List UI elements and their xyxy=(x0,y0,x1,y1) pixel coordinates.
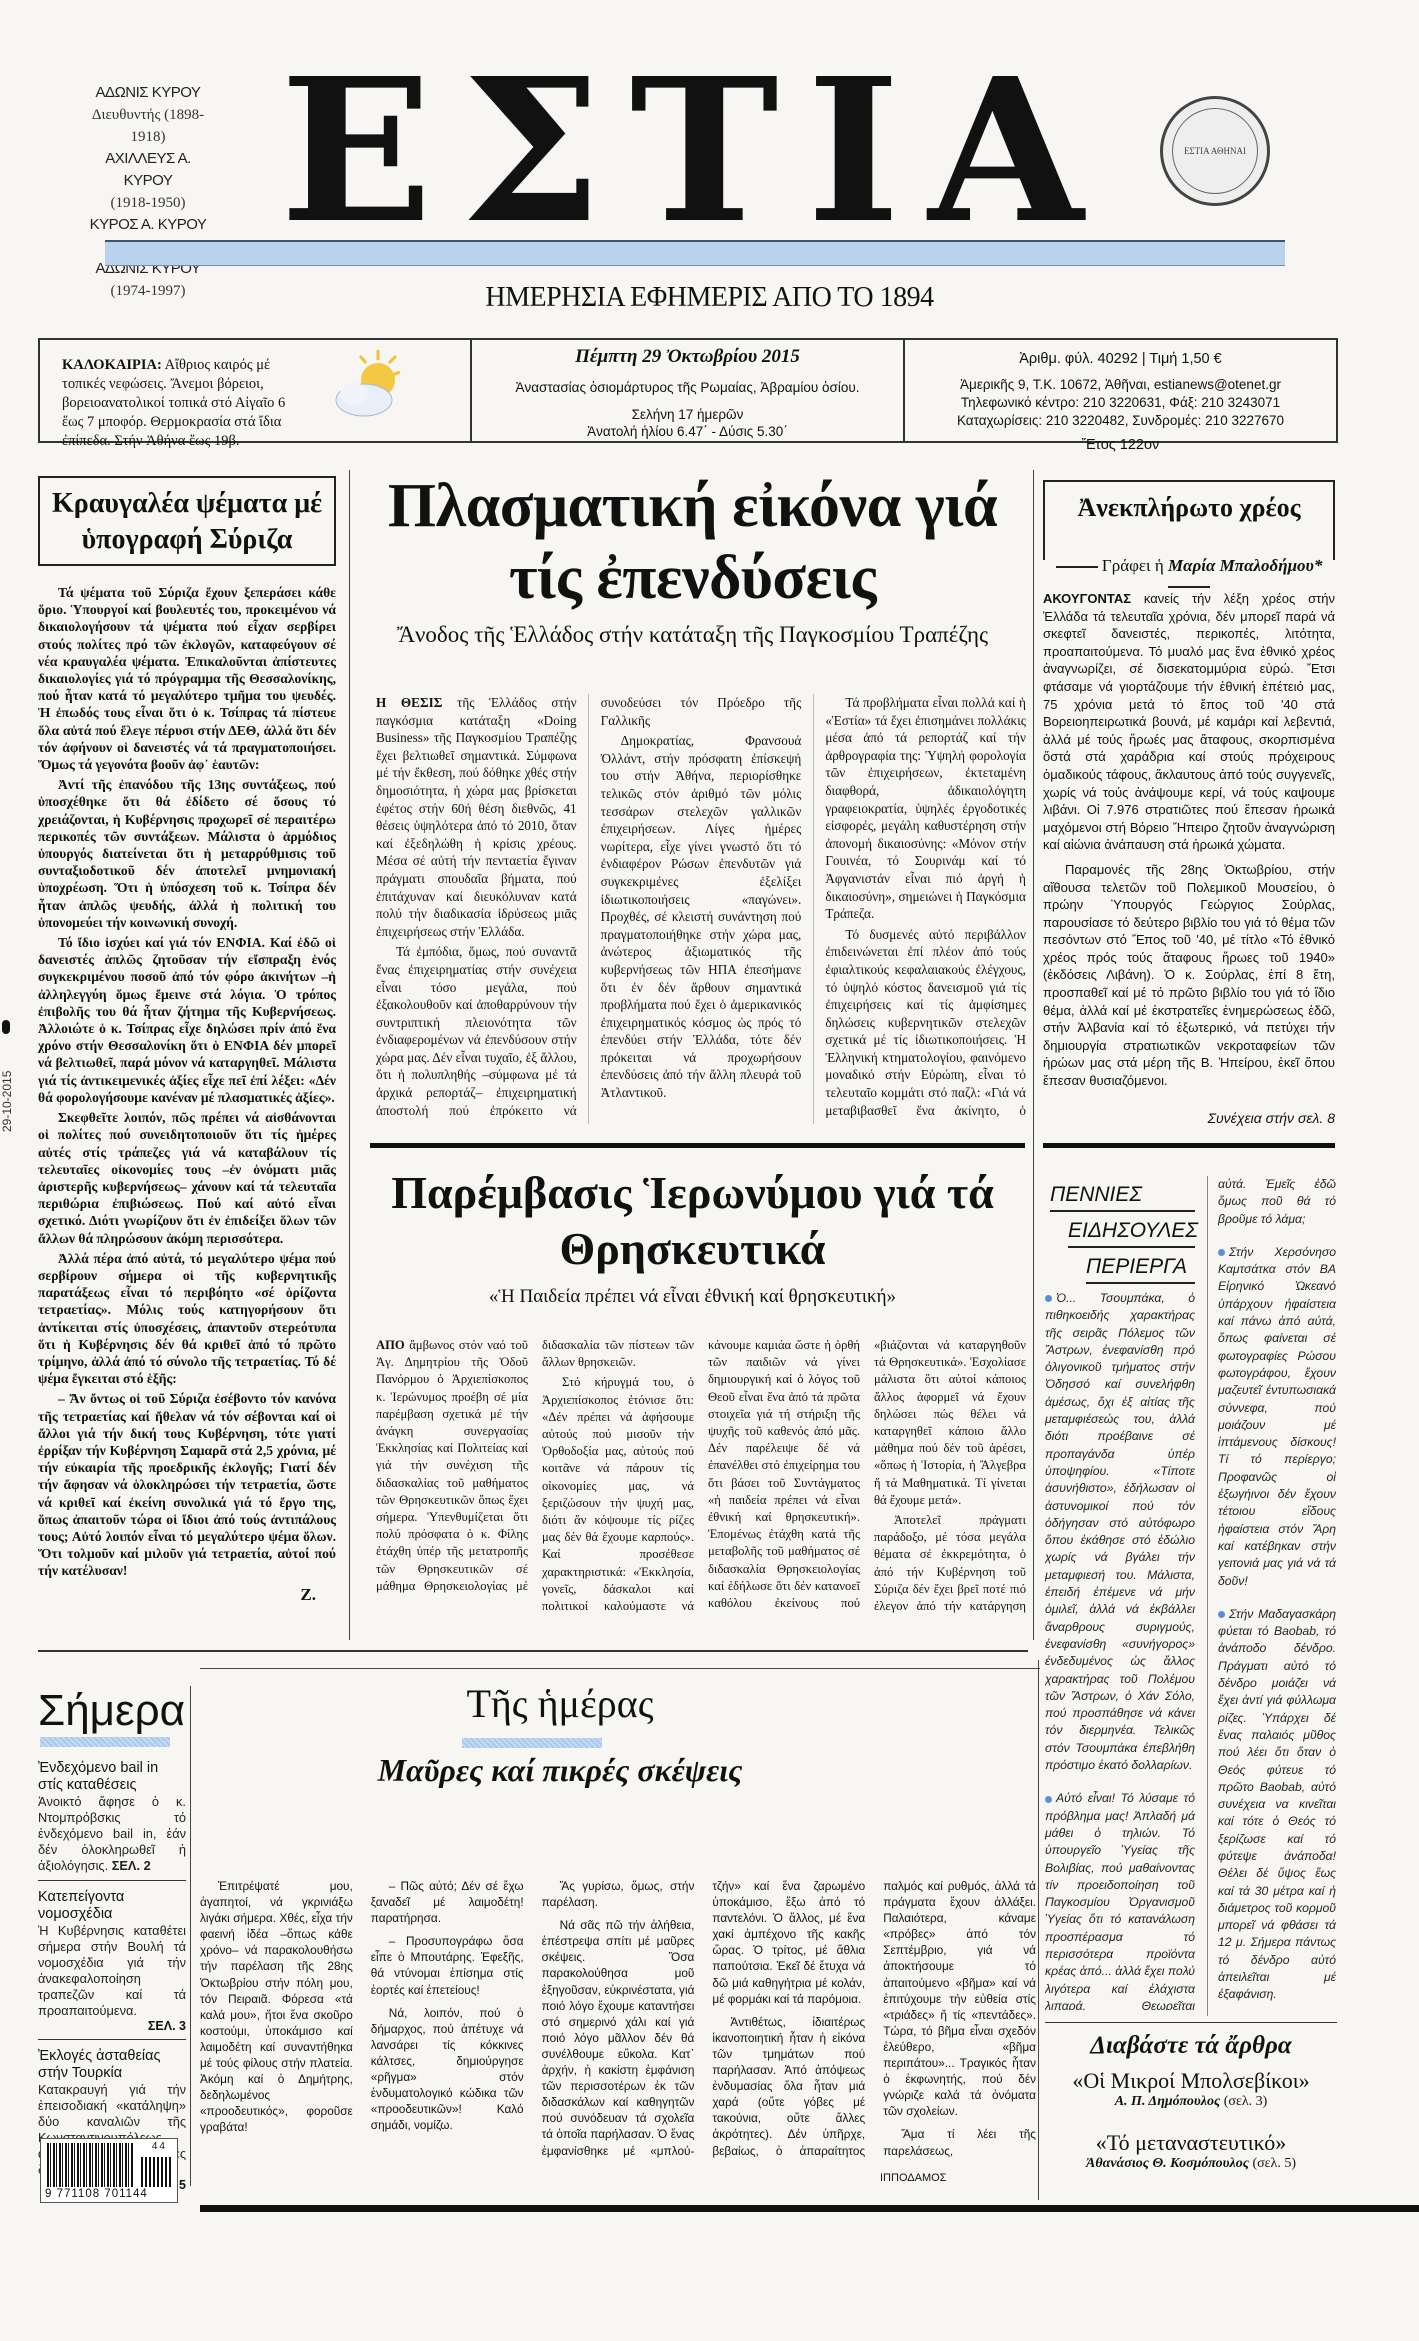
barcode-number: 9 771108 701144 xyxy=(45,2188,148,2200)
newspaper-logo: ΕΣΤΙΑ xyxy=(280,76,1110,226)
barcode: 44 9 771108 701144 xyxy=(40,2138,178,2203)
column-signature: ΙΠΠΟΔΑΜΟΣ xyxy=(880,2172,946,2184)
barcode-addon: 44 xyxy=(152,2141,167,2152)
masthead-band xyxy=(105,240,1285,266)
founder-years: (1918-1950) xyxy=(88,192,208,214)
seal-icon: ΕΣΤΙΑ ΑΘΗΝΑΙ xyxy=(1160,96,1270,206)
founder-name: ΑΧΙΛΛΕΥΣ Α. ΚΥΡΟΥ xyxy=(88,148,208,192)
issue-date: Πέμπτη 29 Ὀκτωβρίου 2015 xyxy=(472,348,903,365)
read-article-item[interactable]: «Τό μεταναστευτικό» Ἀθανάσιος Θ. Κοσμόπο… xyxy=(1045,2130,1337,2172)
paragraph: Ἐπιτρέψατέ μου, ἀγαπητοί, νά γκρινιάξω λ… xyxy=(200,1878,353,2136)
weather-label: ΚΑΛΟΚΑΙΡΙΑ: xyxy=(62,357,162,373)
paragraph: κανείς τήν λέξη χρέος στήν Ἑλλάδα τά τελ… xyxy=(1043,591,1335,852)
penies-heading-line: Πεννιες xyxy=(1050,1180,1195,1212)
paragraph: – Ἄν ὄντως οἱ τοῦ Σύριζα ἐσέβοντο τόν κα… xyxy=(38,1390,336,1579)
read-articles-title: Διαβάστε τά ἄρθρα xyxy=(1045,2032,1337,2060)
founder-years: Διευθυντής (1898-1918) xyxy=(88,104,208,148)
paragraph: Νά, λοιπόν, πού ὁ δήμαρχος, πού ἀπέτυχε … xyxy=(371,2005,524,2134)
news-item: Ὁ... Τσουμπάκα, ὁ πιθηκοειδής χαρακτήρας… xyxy=(1045,1290,1195,1774)
column-headline[interactable]: Μαῦρες καί πικρές σκέψεις xyxy=(360,1752,760,1789)
paragraph: Δημοκρατίας, Φρανσουά Ὀλλάντ, στήν πρόσφ… xyxy=(601,732,802,1101)
news-item: Αὐτό εἶναι! Τό λύσαμε τό πρόβλημα μας! Ἀ… xyxy=(1045,1790,1195,2010)
barcode-bars xyxy=(47,2143,133,2187)
second-subheadline: «Ἡ Παιδεία πρέπει νά εἶναι ἐθνική καί θρ… xyxy=(360,1286,1025,1308)
paragraph: τῆς Ἑλλάδος στήν παγκόσμια κατάταξη «Doi… xyxy=(376,695,577,939)
news-item: Στήν Μαδαγασκάρη φύεται τό Baobab, τό ἀν… xyxy=(1218,1606,1336,2004)
paragraph: Ἀλλά πέρα ἀπό αὐτά, τό μεγαλύτερο ψέμα π… xyxy=(38,1250,336,1388)
article-page: (σελ. 5) xyxy=(1252,2156,1296,2171)
news-item: Στήν Χερσόνησο Καμτσάτκα στόν ΒΑ Εἰρηνικ… xyxy=(1218,1244,1336,1590)
column-rule xyxy=(1038,1660,1039,2200)
founder-name: ΑΔΩΝΙΣ ΚΥΡΟΥ xyxy=(88,82,208,104)
bullet-icon xyxy=(1045,1796,1052,1803)
today-item[interactable]: Ἐνδεχόμενο bail in στίς καταθέσεις Ἀνοικ… xyxy=(38,1760,186,1881)
page-ref: ΣΕΛ. 2 xyxy=(112,1858,151,1873)
editorial-signature: Ζ. xyxy=(38,1586,336,1603)
margin-mark xyxy=(2,1020,10,1034)
section-divider xyxy=(1045,2022,1337,2023)
sun-behind-cloud-icon xyxy=(330,346,410,426)
weather-box: ΚΑΛΟΚΑΙΡΙΑ: Αἴθριος καιρός μέ τοπικές νε… xyxy=(40,340,472,441)
founders-list: ΑΔΩΝΙΣ ΚΥΡΟΥ Διευθυντής (1898-1918) ΑΧΙΛ… xyxy=(88,82,208,302)
paragraph: Ἄς γυρίσω, ὅμως, στήν παρέλαση. xyxy=(542,1878,695,1910)
article-author: Α. Π. Δημόπουλος xyxy=(1115,2094,1221,2109)
today-item[interactable]: Κατεπείγοντα νομοσχέδια Ἡ Κυβέρνησις κατ… xyxy=(38,1889,186,2040)
publication-year: Ἔτος 122ον xyxy=(905,436,1336,454)
article-title[interactable]: «Τό μεταναστευτικό» xyxy=(1045,2130,1337,2156)
editorial-body: Τά ψέματα τοῦ Σύριζα ἔχουν ξεπεράσει κάθ… xyxy=(38,584,336,1644)
lead-lede: Η ΘΕΣΙΣ xyxy=(376,695,442,710)
section-divider xyxy=(200,2205,1419,2212)
side-date-stamp: 29-10-2015 xyxy=(0,1042,14,1132)
column-rule xyxy=(1207,1176,1208,2016)
paragraph: Παραμονές τῆς 28ης Ὀκτωβρίου, στήν αἴθου… xyxy=(1043,861,1335,1090)
opinion-author: Μαρία Μπαλοδήμου* xyxy=(1168,556,1322,575)
founder-name: ΚΥΡΟΣ Α. ΚΥΡΟΥ xyxy=(88,214,208,236)
paragraph: Ἀντί τῆς ἐπανόδου τῆς 13ης συντάξεως, πο… xyxy=(38,776,336,931)
saints-day: Ἀναστασίας ὁσιομάρτυρος τῆς Ρωμαίας, Ἀβρ… xyxy=(472,379,903,396)
address: Ἀμερικῆς 9, Τ.Κ. 10672, Ἀθῆναι, estianew… xyxy=(905,376,1336,394)
paragraph: Τά προβλήματα εἶναι πολλά καί ἡ «Ἑστία» … xyxy=(825,694,1026,923)
column-rule xyxy=(190,1686,191,2186)
today-headline[interactable]: Ἐνδεχόμενο bail in στίς καταθέσεις xyxy=(38,1760,186,1794)
bullet-icon xyxy=(1218,1249,1225,1256)
column-rule xyxy=(1033,470,1034,1640)
today-text: Ἡ Κυβέρνησις καταθέτει σήμερα στήν Βουλή… xyxy=(38,1923,186,2019)
section-divider xyxy=(38,1650,1028,1652)
second-headline[interactable]: Παρέμβασις Ἱερωνύμου γιά τά Θρησκευτικά xyxy=(360,1165,1025,1277)
lead-subheadline: Ἄνοδος τῆς Ἑλλάδος στήν κατάταξη τῆς Παγ… xyxy=(360,622,1025,648)
opinion-title[interactable]: Ἀνεκπλήρωτο χρέος xyxy=(1043,480,1335,560)
byline-rule xyxy=(1168,586,1210,588)
byline-rule xyxy=(1056,566,1098,568)
byline-prefix: Γράφει ἡ xyxy=(1102,556,1164,575)
phones: Τηλεφωνικό κέντρο: 210 3220631, Φάξ: 210… xyxy=(905,394,1336,412)
column-body: Ἐπιτρέψατέ μου, ἀγαπητοί, νά γκρινιάξω λ… xyxy=(200,1800,1036,2170)
article-page: (σελ. 3) xyxy=(1224,2094,1268,2109)
today-headline[interactable]: Ἐκλογές ἀσταθείας στήν Τουρκία xyxy=(38,2048,186,2082)
section-divider xyxy=(1043,1143,1335,1148)
read-article-item[interactable]: «Οἱ Μικροί Μπολσεβίκοι» Α. Π. Δημόπουλος… xyxy=(1045,2068,1337,2110)
article-author: Ἀθανάσιος Θ. Κοσμόπουλος xyxy=(1086,2156,1249,2171)
page-ref: ΣΕΛ. 3 xyxy=(38,2019,186,2033)
today-title: Σήμερα xyxy=(38,1685,185,1737)
date-box: Πέμπτη 29 Ὀκτωβρίου 2015 Ἀναστασίας ὁσιο… xyxy=(472,340,905,441)
sunrise-sunset: Ἀνατολή ἡλίου 6.47΄ - Δύσις 5.30΄ xyxy=(472,423,903,440)
paragraph: Σκεφθεῖτε λοιπόν, πῶς πρέπει νά αἰσθάνον… xyxy=(38,1109,336,1247)
today-headline[interactable]: Κατεπείγοντα νομοσχέδια xyxy=(38,1889,186,1923)
news-item: αὐτά. Ἐμεῖς ἐδῶ ὅμως ποῦ θά τό βροῦμε τό… xyxy=(1218,1176,1336,1228)
bullet-icon xyxy=(1218,1611,1225,1618)
penies-heading-line: Περιεργα xyxy=(1086,1252,1195,1284)
info-bar: ΚΑΛΟΚΑΙΡΙΑ: Αἴθριος καιρός μέ τοπικές νε… xyxy=(38,338,1338,443)
continued-link[interactable]: Συνέχεια στήν σελ. 8 xyxy=(1043,1110,1335,1126)
ads-subscriptions: Καταχωρίσεις: 210 3220482, Συνδρομές: 21… xyxy=(905,412,1336,430)
opinion-lede: ΑΚΟΥΓΟΝΤΑΣ xyxy=(1043,591,1131,606)
paragraph: Τό ἴδιο ἰσχύει καί γιά τόν ΕΝΦΙΑ. Καί ἐδ… xyxy=(38,934,336,1106)
opinion-body: ΑΚΟΥΓΟΝΤΑΣ κανείς τήν λέξη χρέος στήν Ἑλ… xyxy=(1043,590,1335,1090)
second-body: ΑΠΟ ἄμβωνος στόν ναό τοῦ Ἁγ. Δημητρίου τ… xyxy=(376,1337,1026,1627)
paragraph: Τά ψέματα τοῦ Σύριζα ἔχουν ξεπεράσει κάθ… xyxy=(38,584,336,773)
section-divider xyxy=(370,1143,1025,1148)
penies-heading: Πεννιες Ειδησουλες Περιεργα xyxy=(1050,1180,1195,1288)
title-underline xyxy=(462,1738,602,1748)
contact-box: Ἀριθμ. φύλ. 40292 | Τιμή 1,50 € Ἀμερικῆς… xyxy=(905,340,1336,441)
lead-body: Η ΘΕΣΙΣ τῆς Ἑλλάδος στήν παγκόσμια κατάτ… xyxy=(376,694,1026,1124)
second-lede: ΑΠΟ xyxy=(376,1338,405,1352)
bullet-icon xyxy=(1045,1295,1052,1302)
section-divider xyxy=(200,1668,1040,1669)
paragraph: – Πῶς αὐτό; Δέν σέ ἔχω ξαναδεῖ μέ λαιμοδ… xyxy=(371,1878,524,1926)
paragraph: – Προσυπογράφω ὅσα εἶπε ὁ Μπουτάρης. Ἐφε… xyxy=(371,1933,524,1997)
penies-heading-line: Ειδησουλες xyxy=(1068,1216,1195,1248)
column-rule xyxy=(349,470,350,1640)
lead-headline[interactable]: Πλασματική εἰκόνα γιά τίς ἐπενδύσεις xyxy=(360,470,1025,614)
barcode-addon-bars xyxy=(141,2157,171,2187)
masthead-subtitle: ΗΜΕΡΗΣΙΑ ΕΦΗΜΕΡΙΣ ΑΠΟ ΤΟ 1894 xyxy=(0,282,1419,314)
moon-phase: Σελήνη 17 ἡμερῶν xyxy=(472,406,903,423)
seal-text: ΕΣΤΙΑ ΑΘΗΝΑΙ xyxy=(1172,108,1258,194)
penies-column-1: Ὁ... Τσουμπάκα, ὁ πιθηκοειδής χαρακτήρας… xyxy=(1045,1290,1195,2010)
weather-text: ΚΑΛΟΚΑΙΡΙΑ: Αἴθριος καιρός μέ τοπικές νε… xyxy=(62,356,302,451)
editorial-title: Κραυγαλέα ψέματα μέ ὑπογραφή Σύριζα xyxy=(38,476,336,566)
column-section-title: Τῆς ἡμέρας xyxy=(360,1680,760,1727)
today-text: Ἀνοικτό ἄφησε ὁ κ. Ντομπρόβσκις τό ἐνδεχ… xyxy=(38,1794,186,1874)
penies-column-2: αὐτά. Ἐμεῖς ἐδῶ ὅμως ποῦ θά τό βροῦμε τό… xyxy=(1218,1176,1336,2016)
title-underline xyxy=(40,1737,170,1747)
issue-price: Ἀριθμ. φύλ. 40292 | Τιμή 1,50 € xyxy=(905,350,1336,368)
article-title[interactable]: «Οἱ Μικροί Μπολσεβίκοι» xyxy=(1045,2068,1337,2094)
